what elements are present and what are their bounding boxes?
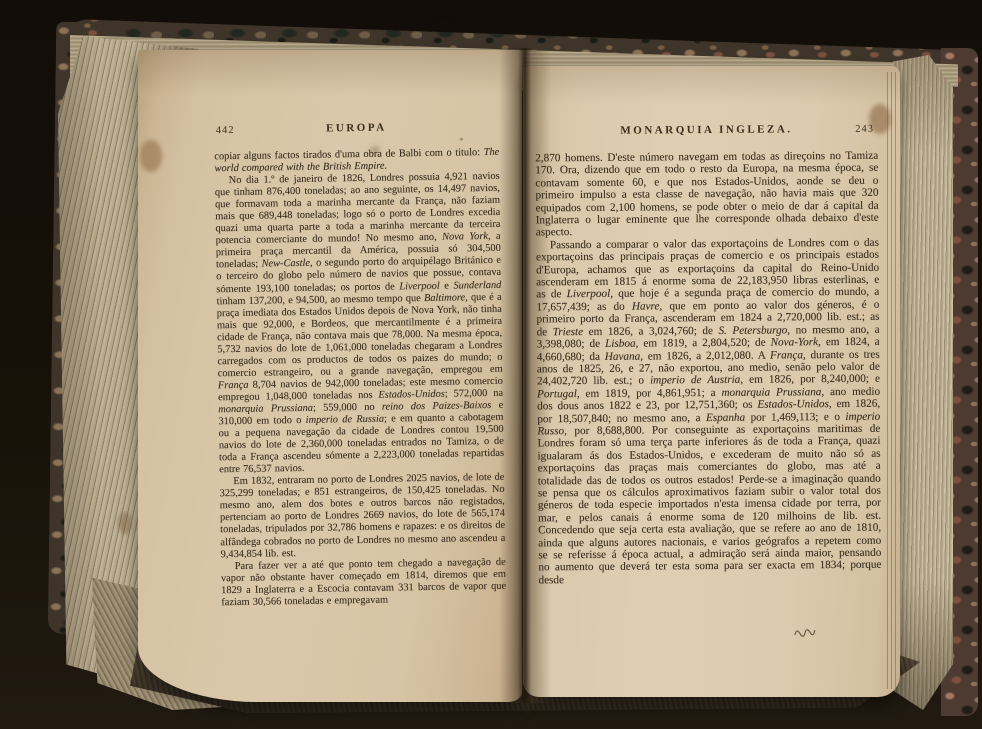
- page-edges-fore-edge-right: [893, 55, 953, 710]
- cover-stain: [438, 20, 454, 32]
- left-page-text-column: 442 EUROPA copiar alguns factos tirados …: [214, 120, 507, 664]
- paper-stain: [140, 140, 162, 172]
- paragraph: Em 1832, entraram no porto de Londres 20…: [219, 472, 505, 561]
- right-page-paragraphs: 2,870 homens. D'este número navegam em t…: [535, 150, 881, 587]
- right-page-number: 243: [855, 124, 874, 135]
- left-page-number: 442: [216, 125, 235, 136]
- paragraph: No dia 1.º de janeiro de 1826, Londres p…: [215, 171, 505, 477]
- paragraph: 2,870 homens. D'este número navegam em t…: [535, 150, 879, 240]
- right-page-header: MONARQUIA INGLEZA. 243: [535, 123, 878, 142]
- paper-stain: [118, 512, 132, 534]
- right-page-text-column: MONARQUIA INGLEZA. 243 2,870 homens. D'e…: [535, 123, 882, 656]
- left-page-paragraphs: copiar alguns factos tirados d'uma obra …: [214, 147, 506, 609]
- paragraph: Para fazer ver a até que ponto tem chega…: [221, 556, 507, 609]
- left-page-header: 442 EUROPA: [214, 120, 499, 140]
- right-running-title: MONARQUIA INGLEZA.: [535, 123, 878, 138]
- book-photograph: { "book": { "description_colors": { "bac…: [0, 0, 982, 729]
- paragraph: Passando a comparar o valor das exportaç…: [536, 237, 882, 587]
